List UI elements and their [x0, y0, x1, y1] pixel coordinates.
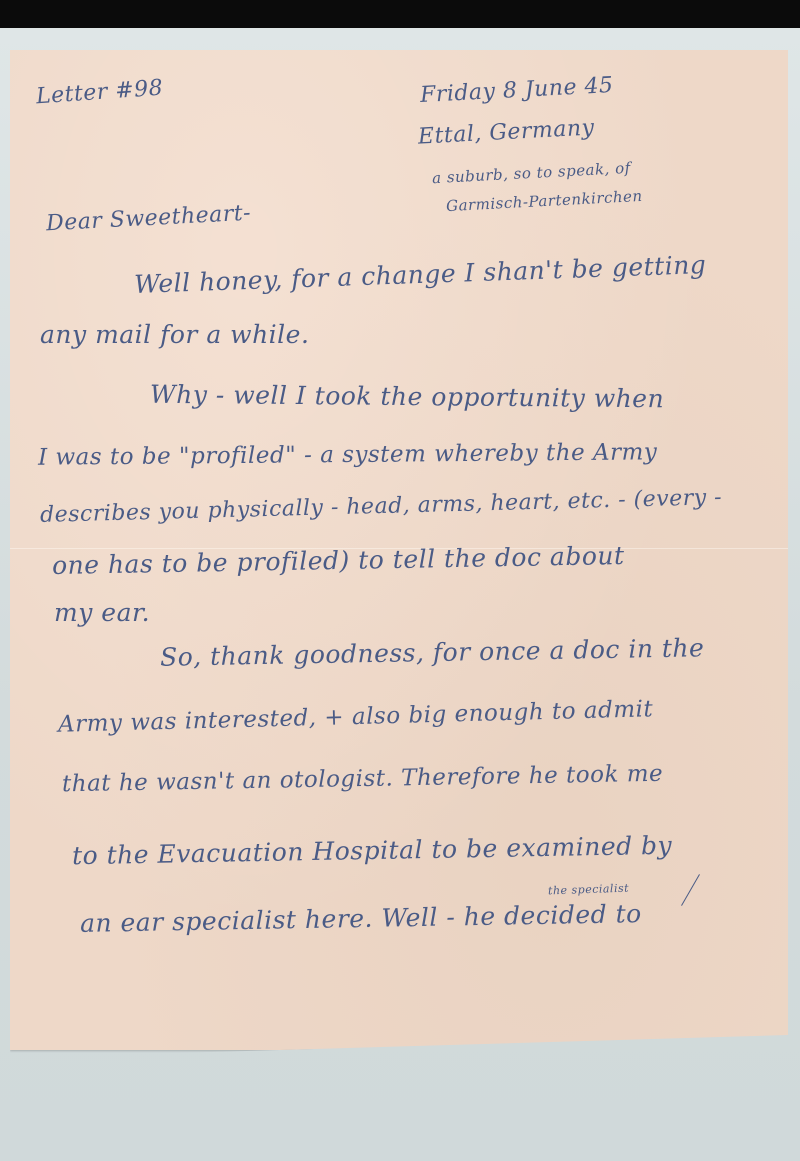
body-line-7: my ear.	[54, 600, 150, 625]
body-line-3: Why - well I took the opportunity when	[150, 382, 664, 411]
inserted-text-the-specialist: the specialist	[548, 883, 629, 897]
body-line-2: any mail for a while.	[40, 322, 309, 347]
body-line-4: I was to be "profiled" - a system whereb…	[38, 441, 658, 469]
scanner-top-bar	[0, 0, 800, 28]
